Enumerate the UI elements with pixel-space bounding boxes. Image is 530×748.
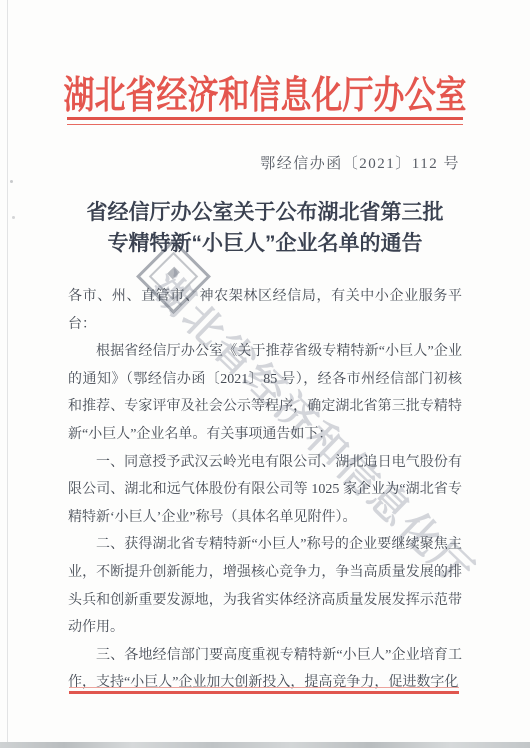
- header-rule-thick: [67, 117, 463, 120]
- notice-title-line1: 省经信厅办公室关于公布湖北省第三批: [30, 197, 500, 228]
- scan-speck: [12, 216, 15, 219]
- footer-rule-thick: [69, 691, 459, 694]
- paragraph-item-2: 二、获得湖北省专精特新“小巨人”称号的企业要继续聚焦主业，不断提升创新能力，增强…: [68, 531, 462, 641]
- footer-rule-thin: [69, 687, 459, 688]
- agency-letterhead: 湖北省经济和信息化厅办公室: [0, 64, 530, 119]
- scan-speck: [10, 180, 13, 183]
- document-number: 鄂经信办函〔2021〕112 号: [260, 152, 460, 173]
- notice-body: 各市、州、直管市、神农架林区经信局，有关中小企业服务平台： 根据省经信厅办公室《…: [68, 283, 462, 697]
- header-rule-thin: [67, 124, 463, 125]
- scanned-notice-page: 湖北省经济和信息化厅 湖北省经济和信息化厅办公室 鄂经信办函〔2021〕112 …: [0, 0, 530, 748]
- paragraph-basis: 根据省经信厅办公室《关于推荐省级专精特新“小巨人”企业的通知》（鄂经信办函〔20…: [68, 338, 462, 448]
- paragraph-item-1: 一、同意授予武汉云岭光电有限公司、湖北追日电气股份有限公司、湖北和远气体股份有限…: [68, 449, 462, 532]
- notice-title-line2: 专精特新“小巨人”企业名单的通告: [30, 228, 500, 259]
- notice-title: 省经信厅办公室关于公布湖北省第三批 专精特新“小巨人”企业名单的通告: [30, 197, 500, 259]
- scan-edge-artifact: [0, 742, 530, 748]
- salutation-line: 各市、州、直管市、神农架林区经信局，有关中小企业服务平台：: [68, 283, 462, 338]
- paragraph-item-3: 三、各地经信部门要高度重视专精特新“小巨人”企业培育工作，支持“小巨人”企业加大…: [68, 642, 462, 697]
